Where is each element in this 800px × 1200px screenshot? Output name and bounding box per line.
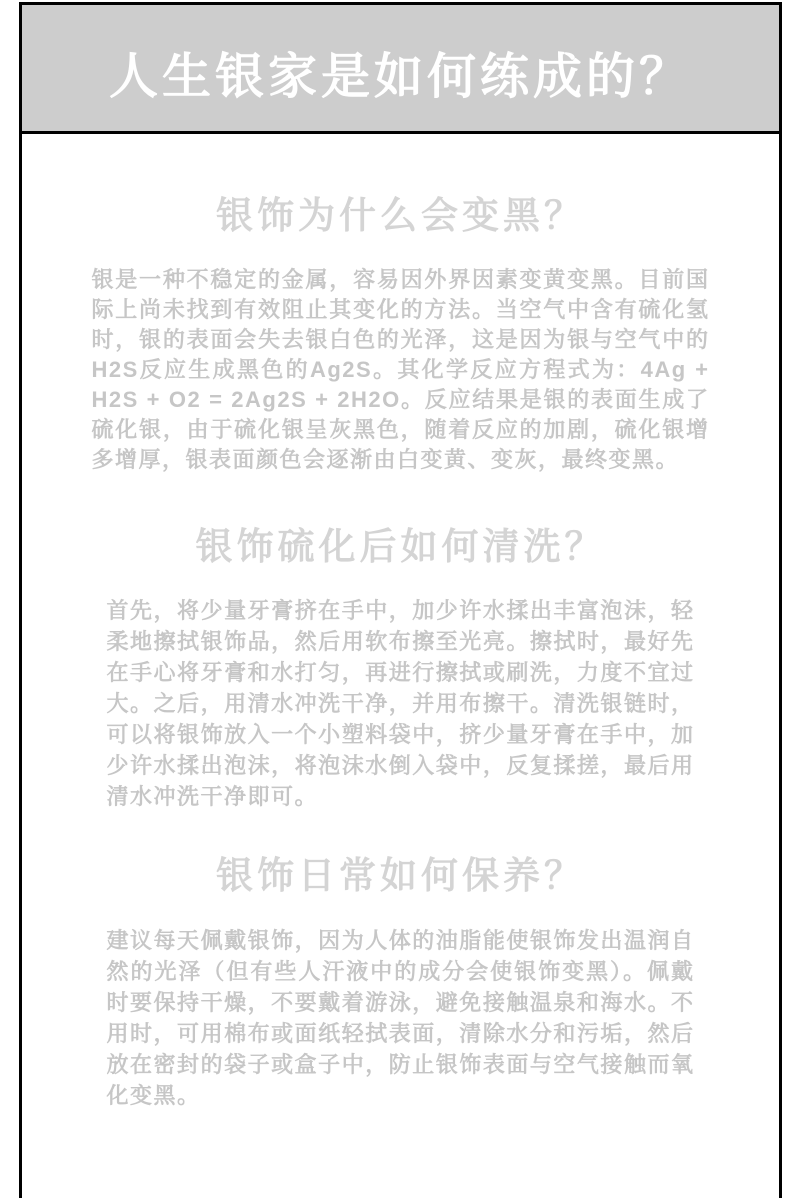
section-heading-daily-care: 银饰日常如何保养？ [22,856,779,897]
section-heading-why-silver-blackens: 银饰为什么会变黑？ [22,196,779,237]
section-body-daily-care: 建议每天佩戴银饰，因为人体的油脂能使银饰发出温润自然的光泽（但有些人汗液中的成分… [107,925,695,1111]
section-heading-how-to-clean: 银饰硫化后如何清洗？ [22,527,779,568]
page-frame: 人生银家是如何练成的？ 银饰为什么会变黑？ 银是一种不稳定的金属，容易因外界因素… [19,2,782,1198]
section-why-silver-blackens: 银饰为什么会变黑？ 银是一种不稳定的金属，容易因外界因素变黄变黑。目前国际上尚未… [22,196,779,475]
section-body-why-silver-blackens: 银是一种不稳定的金属，容易因外界因素变黄变黑。目前国际上尚未找到有效阻止其变化的… [92,265,710,475]
header-banner: 人生银家是如何练成的？ [22,5,779,134]
page-canvas: 人生银家是如何练成的？ 银饰为什么会变黑？ 银是一种不稳定的金属，容易因外界因素… [0,0,800,1200]
page-title: 人生银家是如何练成的？ [109,28,692,108]
content-area: 银饰为什么会变黑？ 银是一种不稳定的金属，容易因外界因素变黄变黑。目前国际上尚未… [22,196,779,1111]
section-how-to-clean: 银饰硫化后如何清洗？ 首先，将少量牙膏挤在手中，加少许水揉出丰富泡沫，轻柔地擦拭… [22,527,779,813]
section-body-how-to-clean: 首先，将少量牙膏挤在手中，加少许水揉出丰富泡沫，轻柔地擦拭银饰品，然后用软布擦至… [107,595,695,812]
section-daily-care: 银饰日常如何保养？ 建议每天佩戴银饰，因为人体的油脂能使银饰发出温润自然的光泽（… [22,856,779,1111]
